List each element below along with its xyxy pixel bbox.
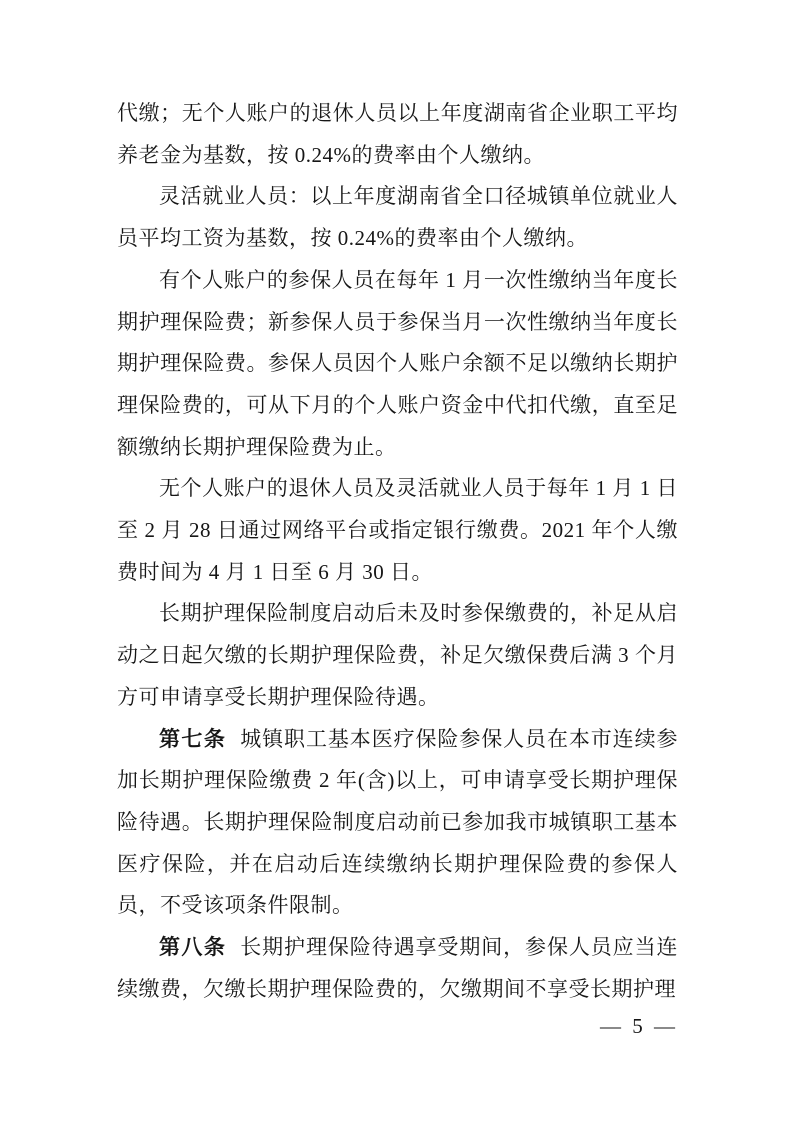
paragraph: 无个人账户的退休人员及灵活就业人员于每年 1 月 1 日至 2 月 28 日通过… xyxy=(117,468,678,593)
article-number-7: 第七条 xyxy=(159,728,226,751)
paragraph-text: 城镇职工基本医疗保险参保人员在本市连续参加长期护理保险缴费 2 年(含)以上，可… xyxy=(117,727,678,918)
paragraph-text: 有个人账户的参保人员在每年 1 月一次性缴纳当年度长期护理保险费；新参保人员于参… xyxy=(117,268,678,459)
paragraph-article-8: 第八条长期护理保险待遇享受期间，参保人员应当连续缴费，欠缴长期护理保险费的，欠缴… xyxy=(117,927,678,1010)
page-number: — 5 — xyxy=(600,1012,678,1040)
paragraph-text: 代缴；无个人账户的退休人员以上年度湖南省企业职工平均养老金为基数，按 0.24%… xyxy=(117,101,678,167)
paragraph: 长期护理保险制度启动后未及时参保缴费的，补足从启动之日起欠缴的长期护理保险费，补… xyxy=(117,593,678,718)
paragraph-text: 长期护理保险制度启动后未及时参保缴费的，补足从启动之日起欠缴的长期护理保险费，补… xyxy=(117,601,678,708)
document-page: 代缴；无个人账户的退休人员以上年度湖南省企业职工平均养老金为基数，按 0.24%… xyxy=(0,0,794,1123)
paragraph-text: 无个人账户的退休人员及灵活就业人员于每年 1 月 1 日至 2 月 28 日通过… xyxy=(117,476,678,583)
document-body: 代缴；无个人账户的退休人员以上年度湖南省企业职工平均养老金为基数，按 0.24%… xyxy=(117,93,678,1010)
paragraph: 有个人账户的参保人员在每年 1 月一次性缴纳当年度长期护理保险费；新参保人员于参… xyxy=(117,260,678,469)
article-number-8: 第八条 xyxy=(159,936,226,959)
paragraph-continuation: 代缴；无个人账户的退休人员以上年度湖南省企业职工平均养老金为基数，按 0.24%… xyxy=(117,93,678,176)
paragraph: 灵活就业人员：以上年度湖南省全口径城镇单位就业人员平均工资为基数，按 0.24%… xyxy=(117,176,678,259)
paragraph-text: 灵活就业人员：以上年度湖南省全口径城镇单位就业人员平均工资为基数，按 0.24%… xyxy=(117,184,678,250)
paragraph-article-7: 第七条城镇职工基本医疗保险参保人员在本市连续参加长期护理保险缴费 2 年(含)以… xyxy=(117,719,678,928)
